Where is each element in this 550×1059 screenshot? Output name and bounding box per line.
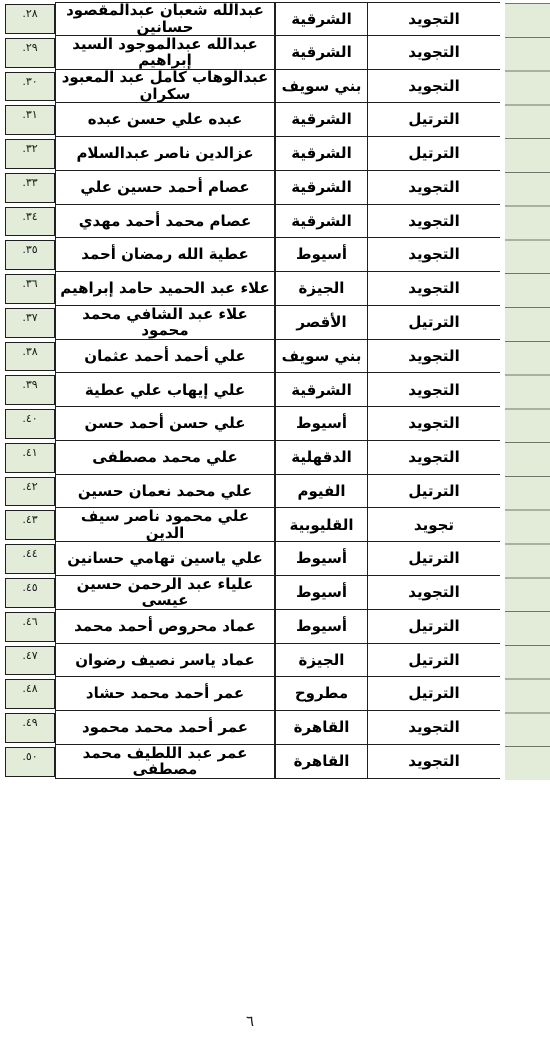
contestant-name-cell: عمر أحمد محمد محمود xyxy=(55,711,275,745)
contestant-name-cell: عماد محروص أحمد محمد xyxy=(55,610,275,644)
governorate-cell: الجيزة xyxy=(275,272,367,306)
category-cell: التجويد xyxy=(367,745,500,779)
category-cell: تجويد xyxy=(367,508,500,542)
governorate-cell: القاهرة xyxy=(275,711,367,745)
category-cell: الترتيل xyxy=(367,610,500,644)
contestant-name-cell: علياء عبد الرحمن حسين عيسى xyxy=(55,576,275,610)
governorate-cell: بني سويف xyxy=(275,340,367,374)
contestant-name-cell: عبدالله عبدالموجود السيد إبراهيم xyxy=(55,36,275,70)
table-row: تجويد القليوبية علي محمود ناصر سيف الدين… xyxy=(5,508,500,542)
table-row: التجويد القاهرة عمر عبد اللطيف محمد مصطف… xyxy=(5,745,500,779)
table-body: التجويد الشرقية عبدالله شعبان عبدالمقصود… xyxy=(5,2,500,779)
table-row: التجويد أسيوط علياء عبد الرحمن حسين عيسى… xyxy=(5,576,500,610)
governorate-cell: الشرقية xyxy=(275,103,367,137)
governorate-cell: الشرقية xyxy=(275,373,367,407)
contestant-name-cell: عبدالوهاب كامل عبد المعبود سكران xyxy=(55,70,275,104)
contestant-name-cell: عطية الله رمضان أحمد xyxy=(55,238,275,272)
category-cell: الترتيل xyxy=(367,103,500,137)
category-cell: الترتيل xyxy=(367,677,500,711)
table-row: الترتيل أسيوط علي ياسين تهامي حسانين ٤٤. xyxy=(5,542,500,576)
table-row: الترتيل أسيوط عماد محروص أحمد محمد ٤٦. xyxy=(5,610,500,644)
serial-cell: ٣٥. xyxy=(5,238,55,272)
table-row: التجويد الشرقية عبدالله شعبان عبدالمقصود… xyxy=(5,2,500,36)
serial-number: ٣٥. xyxy=(5,240,55,270)
table-row: التجويد الشرقية علي إيهاب علي عطية ٣٩. xyxy=(5,373,500,407)
governorate-cell: الشرقية xyxy=(275,137,367,171)
contestant-name-cell: عمر عبد اللطيف محمد مصطفى xyxy=(55,745,275,779)
serial-number: ٤٧. xyxy=(5,646,55,676)
serial-number: ٥٠. xyxy=(5,747,55,777)
table-row: التجويد بني سويف علي أحمد أحمد عثمان ٣٨. xyxy=(5,340,500,374)
contestant-name-cell: علي إيهاب علي عطية xyxy=(55,373,275,407)
table-row: الترتيل الجيزة عماد ياسر نصيف رضوان ٤٧. xyxy=(5,644,500,678)
category-cell: التجويد xyxy=(367,171,500,205)
category-cell: التجويد xyxy=(367,205,500,239)
category-cell: الترتيل xyxy=(367,644,500,678)
category-cell: التجويد xyxy=(367,373,500,407)
serial-cell: ٣٦. xyxy=(5,272,55,306)
serial-number: ٣٢. xyxy=(5,139,55,169)
governorate-cell: الأقصر xyxy=(275,306,367,340)
serial-number: ٤٩. xyxy=(5,713,55,743)
category-cell: التجويد xyxy=(367,272,500,306)
contestant-name-cell: علي محمد نعمان حسين xyxy=(55,475,275,509)
serial-number: ٢٨. xyxy=(5,4,55,34)
serial-cell: ٤٨. xyxy=(5,677,55,711)
table-row: الترتيل الشرقية عزالدين ناصر عبدالسلام ٣… xyxy=(5,137,500,171)
serial-number: ٣١. xyxy=(5,105,55,135)
serial-cell: ٥٠. xyxy=(5,745,55,779)
table-row: التجويد بني سويف عبدالوهاب كامل عبد المع… xyxy=(5,70,500,104)
serial-cell: ٣١. xyxy=(5,103,55,137)
serial-cell: ٤٧. xyxy=(5,644,55,678)
serial-number: ٤٢. xyxy=(5,477,55,507)
serial-cell: ٣٢. xyxy=(5,137,55,171)
contestant-name-cell: عصام أحمد حسين علي xyxy=(55,171,275,205)
serial-cell: ٤٠. xyxy=(5,407,55,441)
serial-number: ٣٧. xyxy=(5,308,55,338)
governorate-cell: بني سويف xyxy=(275,70,367,104)
category-cell: الترتيل xyxy=(367,137,500,171)
serial-number: ٣٠. xyxy=(5,72,55,102)
contestants-table: التجويد الشرقية عبدالله شعبان عبدالمقصود… xyxy=(5,2,500,779)
contestant-name-cell: عبده علي حسن عبده xyxy=(55,103,275,137)
contestant-name-cell: عزالدين ناصر عبدالسلام xyxy=(55,137,275,171)
contestant-name-cell: عمر أحمد محمد حشاد xyxy=(55,677,275,711)
serial-cell: ٤٣. xyxy=(5,508,55,542)
serial-cell: ٣٠. xyxy=(5,70,55,104)
governorate-cell: أسيوط xyxy=(275,610,367,644)
table-row: التجويد أسيوط علي حسن أحمد حسن ٤٠. xyxy=(5,407,500,441)
table-row: الترتيل مطروح عمر أحمد محمد حشاد ٤٨. xyxy=(5,677,500,711)
serial-cell: ٣٧. xyxy=(5,306,55,340)
governorate-cell: أسيوط xyxy=(275,542,367,576)
category-cell: التجويد xyxy=(367,36,500,70)
serial-number: ٤٥. xyxy=(5,578,55,608)
governorate-cell: الشرقية xyxy=(275,205,367,239)
category-cell: الترتيل xyxy=(367,542,500,576)
category-cell: التجويد xyxy=(367,238,500,272)
cutoff-table-strip xyxy=(505,3,550,780)
governorate-cell: الشرقية xyxy=(275,171,367,205)
contestant-name-cell: علي محمود ناصر سيف الدين xyxy=(55,508,275,542)
table-row: الترتيل الأقصر علاء عبد الشافي محمد محمو… xyxy=(5,306,500,340)
governorate-cell: القليوبية xyxy=(275,508,367,542)
governorate-cell: الشرقية xyxy=(275,2,367,36)
category-cell: الترتيل xyxy=(367,475,500,509)
governorate-cell: أسيوط xyxy=(275,576,367,610)
serial-cell: ٤١. xyxy=(5,441,55,475)
serial-number: ٤٦. xyxy=(5,612,55,642)
serial-number: ٤٤. xyxy=(5,544,55,574)
table-row: التجويد القاهرة عمر أحمد محمد محمود ٤٩. xyxy=(5,711,500,745)
contestant-name-cell: علي أحمد أحمد عثمان xyxy=(55,340,275,374)
contestant-name-cell: علاء عبد الشافي محمد محمود xyxy=(55,306,275,340)
table-row: التجويد أسيوط عطية الله رمضان أحمد ٣٥. xyxy=(5,238,500,272)
table-row: التجويد الشرقية عصام محمد أحمد مهدي ٣٤. xyxy=(5,205,500,239)
serial-cell: ٤٦. xyxy=(5,610,55,644)
contestant-name-cell: علي ياسين تهامي حسانين xyxy=(55,542,275,576)
contestant-name-cell: علاء عبد الحميد حامد إبراهيم xyxy=(55,272,275,306)
serial-number: ٣٣. xyxy=(5,173,55,203)
governorate-cell: الشرقية xyxy=(275,36,367,70)
table-row: التجويد الدقهلية علي محمد مصطفى ٤١. xyxy=(5,441,500,475)
table-row: الترتيل الفيوم علي محمد نعمان حسين ٤٢. xyxy=(5,475,500,509)
serial-cell: ٤٤. xyxy=(5,542,55,576)
table-row: التجويد الشرقية عصام أحمد حسين علي ٣٣. xyxy=(5,171,500,205)
governorate-cell: الدقهلية xyxy=(275,441,367,475)
category-cell: التجويد xyxy=(367,576,500,610)
serial-number: ٣٤. xyxy=(5,207,55,237)
category-cell: الترتيل xyxy=(367,306,500,340)
governorate-cell: أسيوط xyxy=(275,238,367,272)
category-cell: التجويد xyxy=(367,340,500,374)
serial-cell: ٤٢. xyxy=(5,475,55,509)
governorate-cell: الفيوم xyxy=(275,475,367,509)
serial-cell: ٣٨. xyxy=(5,340,55,374)
serial-cell: ٤٥. xyxy=(5,576,55,610)
contestant-name-cell: عصام محمد أحمد مهدي xyxy=(55,205,275,239)
governorate-cell: مطروح xyxy=(275,677,367,711)
governorate-cell: الجيزة xyxy=(275,644,367,678)
category-cell: التجويد xyxy=(367,441,500,475)
contestant-name-cell: علي محمد مصطفى xyxy=(55,441,275,475)
category-cell: التجويد xyxy=(367,711,500,745)
category-cell: التجويد xyxy=(367,70,500,104)
table-row: التجويد الشرقية عبدالله عبدالموجود السيد… xyxy=(5,36,500,70)
governorate-cell: القاهرة xyxy=(275,745,367,779)
serial-cell: ٤٩. xyxy=(5,711,55,745)
serial-number: ٣٦. xyxy=(5,274,55,304)
serial-number: ٤١. xyxy=(5,443,55,473)
table-row: الترتيل الشرقية عبده علي حسن عبده ٣١. xyxy=(5,103,500,137)
governorate-cell: أسيوط xyxy=(275,407,367,441)
serial-number: ٤٨. xyxy=(5,679,55,709)
serial-cell: ٢٨. xyxy=(5,2,55,36)
serial-cell: ٣٩. xyxy=(5,373,55,407)
serial-number: ٤٣. xyxy=(5,510,55,540)
serial-number: ٢٩. xyxy=(5,38,55,68)
serial-number: ٤٠. xyxy=(5,409,55,439)
serial-cell: ٢٩. xyxy=(5,36,55,70)
category-cell: التجويد xyxy=(367,2,500,36)
contestant-name-cell: عماد ياسر نصيف رضوان xyxy=(55,644,275,678)
page-number: ٦ xyxy=(238,1012,262,1030)
contestant-name-cell: عبدالله شعبان عبدالمقصود حسانين xyxy=(55,2,275,36)
contestant-name-cell: علي حسن أحمد حسن xyxy=(55,407,275,441)
serial-cell: ٣٣. xyxy=(5,171,55,205)
table-row: التجويد الجيزة علاء عبد الحميد حامد إبرا… xyxy=(5,272,500,306)
category-cell: التجويد xyxy=(367,407,500,441)
serial-number: ٣٨. xyxy=(5,342,55,372)
serial-cell: ٣٤. xyxy=(5,205,55,239)
serial-number: ٣٩. xyxy=(5,375,55,405)
